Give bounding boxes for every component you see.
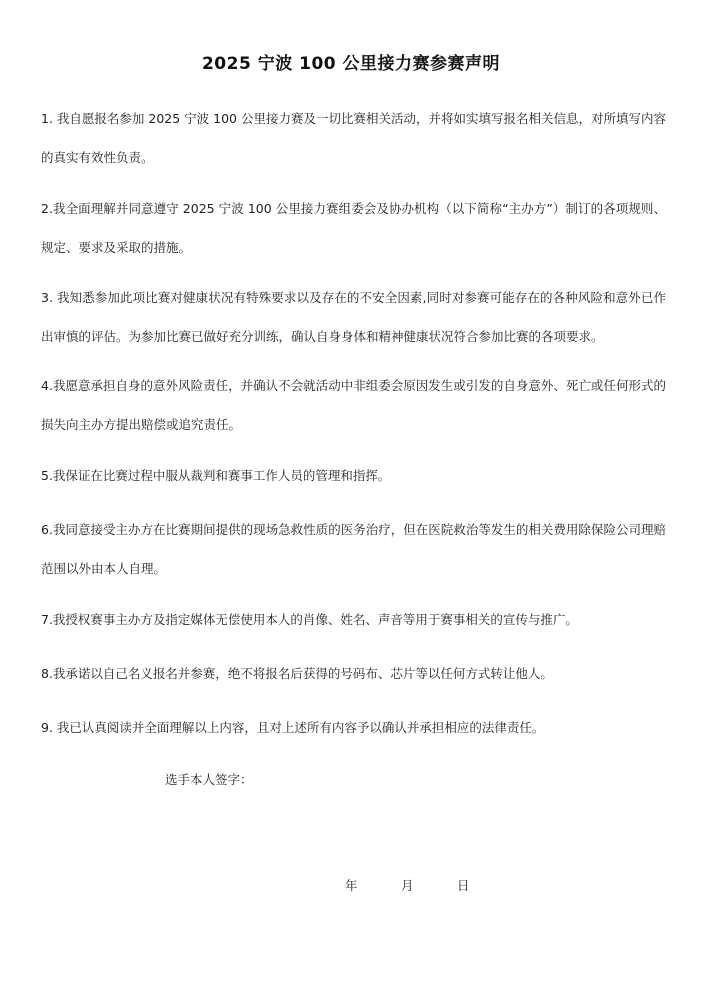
clause-2: 2.我全面理解并同意遵守 2025 宁波 100 公里接力赛组委会及协办机构（以… [41,189,666,267]
clause-7: 7.我授权赛事主办方及指定媒体无偿使用本人的肖像、姓名、声音等用于赛事相关的宣传… [41,600,666,639]
clause-3: 3. 我知悉参加此项比赛对健康状况有特殊要求以及存在的不安全因素,同时对参赛可能… [41,278,666,356]
date-month-label: 月 [401,876,457,894]
document-title: 2025 宁波 100 公里接力赛参赛声明 [0,49,702,74]
date-row: 年月日 [345,876,470,894]
clause-6: 6.我同意接受主办方在比赛期间提供的现场急救性质的医务治疗，但在医院救治等发生的… [41,510,666,588]
clause-1: 1. 我自愿报名参加 2025 宁波 100 公里接力赛及一切比赛相关活动，并将… [41,99,666,177]
date-year-label: 年 [345,876,401,894]
clause-4: 4.我愿意承担自身的意外风险责任，并确认不会就活动中非组委会原因发生或引发的自身… [41,366,666,444]
clause-5: 5.我保证在比赛过程中服从裁判和赛事工作人员的管理和指挥。 [41,456,666,495]
signature-label: 选手本人签字： [165,770,253,788]
clause-9: 9. 我已认真阅读并全面理解以上内容，且对上述所有内容予以确认并承担相应的法律责… [41,708,666,747]
date-day-label: 日 [457,876,470,894]
clause-8: 8.我承诺以自己名义报名并参赛，绝不将报名后获得的号码布、芯片等以任何方式转让他… [41,654,666,693]
